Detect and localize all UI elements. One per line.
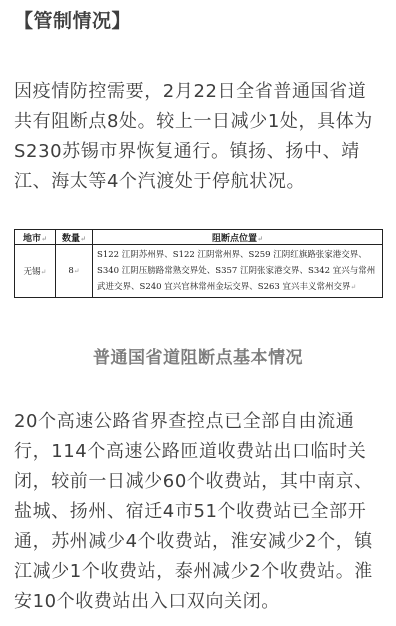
control-status-paragraph: 因疫情防控需要，2月22日全省普通国省道共有阻断点8处。较上一日减少1处，具体为… xyxy=(14,77,384,197)
cell-city: 无锡↵ xyxy=(15,245,56,298)
header-count: 数量↵ xyxy=(56,230,93,245)
header-location: 阻断点位置↵ xyxy=(93,230,383,245)
highway-status-paragraph: 20个高速公路省界查控点已全部自由流通行，114个高速公路匝道收费站出口临时关闭… xyxy=(14,407,384,617)
section-title: 【管制情况】 xyxy=(14,6,131,33)
table-row: 无锡↵ 8↵ S122 江阴苏州界、S122 江阴常州界、S259 江阴红旗路张… xyxy=(15,245,383,298)
blockade-table: 地市↵ 数量↵ 阻断点位置↵ 无锡↵ 8↵ S122 江阴苏州界、S122 江阴… xyxy=(14,229,383,298)
cell-count: 8↵ xyxy=(56,245,93,298)
table-header-row: 地市↵ 数量↵ 阻断点位置↵ xyxy=(15,230,383,245)
blockade-table-image: 地市↵ 数量↵ 阻断点位置↵ 无锡↵ 8↵ S122 江阴苏州界、S122 江阴… xyxy=(14,229,383,298)
header-city: 地市↵ xyxy=(15,230,56,245)
cell-location: S122 江阴苏州界、S122 江阴常州界、S259 江阴红旗路张家港交界、S3… xyxy=(93,245,383,298)
blockade-basic-heading: 普通国省道阻断点基本情况 xyxy=(0,343,396,368)
